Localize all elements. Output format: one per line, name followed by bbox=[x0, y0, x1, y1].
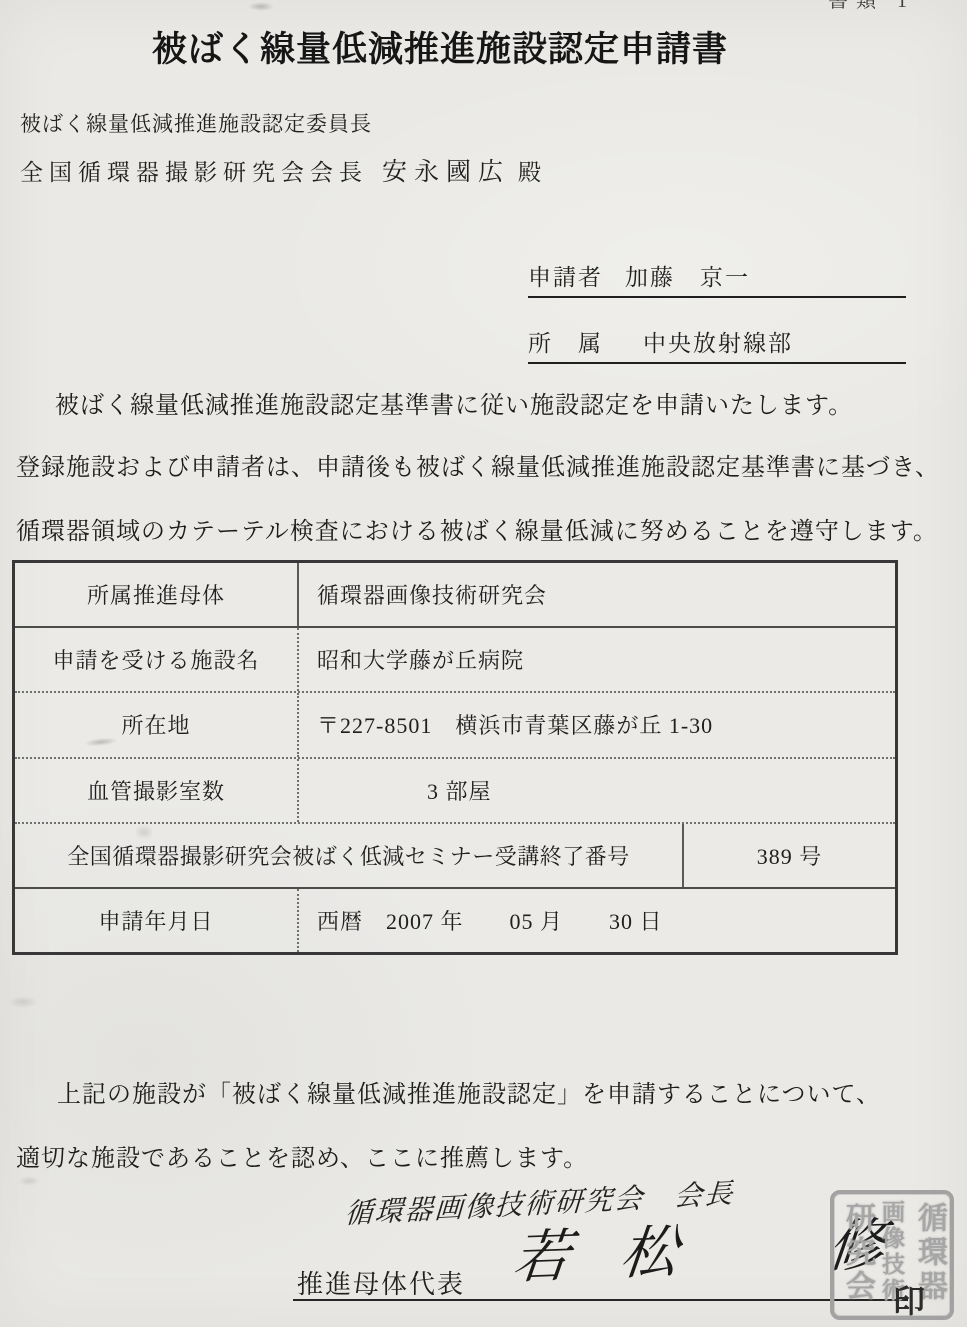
row-label: 所属推進母体 bbox=[15, 563, 299, 626]
scan-smudge bbox=[248, 2, 274, 11]
body-paragraph-1: 被ばく線量低減推進施設認定基準書に従い施設認定を申請いたします。 bbox=[55, 385, 853, 420]
table-row: 血管撮影室数 3 部屋 bbox=[15, 759, 895, 824]
table-row: 所在地 〒227-8501 横浜市青葉区藤が丘 1-30 bbox=[15, 693, 895, 758]
addressee-org-chair: 全国循環器撮影研究会会長 bbox=[20, 160, 368, 185]
organization-seal-stamp: 循環器 画像技術 研究会 bbox=[830, 1190, 954, 1320]
row-value: 昭和大学藤が丘病院 bbox=[299, 628, 895, 691]
affiliation-label: 所 属 bbox=[528, 325, 603, 358]
scanned-application-document: 書類 1 被ばく線量低減推進施設認定申請書 被ばく線量低減推進施設認定委員長 全… bbox=[0, 0, 967, 1327]
row-label: 所在地 bbox=[15, 693, 299, 756]
row-label: 申請年月日 bbox=[15, 889, 299, 952]
row-value: 3 部屋 bbox=[299, 759, 895, 822]
body-paragraph-3: 循環器領域のカテーテル検査における被ばく線量低減に努めることを遵守します。 bbox=[16, 511, 938, 546]
table-row: 申請を受ける施設名 昭和大学藤が丘病院 bbox=[15, 628, 895, 693]
recommendation-paragraph-2: 適切な施設であることを認め、ここに推薦します。 bbox=[16, 1138, 588, 1173]
applicant-name: 加藤 京一 bbox=[625, 259, 750, 292]
row-label: 血管撮影室数 bbox=[15, 759, 299, 822]
applicant-label: 申請者 bbox=[528, 259, 603, 292]
addressee-chair-name: 安永國広 bbox=[382, 159, 510, 186]
page-title: 被ばく線量低減推進施設認定申請書 bbox=[152, 22, 728, 72]
scan-smudge bbox=[18, 1176, 40, 1186]
addressee-committee-line: 被ばく線量低減推進施設認定委員長 bbox=[20, 108, 372, 138]
affiliation-value: 中央放射線部 bbox=[643, 325, 793, 358]
row-value: 循環器画像技術研究会 bbox=[299, 563, 895, 626]
row-label: 申請を受ける施設名 bbox=[15, 628, 299, 691]
scan-smudge bbox=[8, 996, 38, 1008]
seal-mark-character: 印 bbox=[893, 1276, 925, 1322]
row-value: 西暦 2007 年 05 月 30 日 bbox=[299, 889, 895, 952]
scan-smudge bbox=[134, 824, 154, 840]
table-row: 所属推進母体 循環器画像技術研究会 bbox=[15, 563, 895, 628]
addressee-honorific: 殿 bbox=[518, 160, 547, 185]
row-value: 389 号 bbox=[684, 824, 895, 887]
corner-document-label: 書類 1 bbox=[828, 0, 915, 13]
applicant-name-line: 申請者 加藤 京一 bbox=[528, 250, 906, 298]
representative-label: 推進母体代表 bbox=[297, 1264, 465, 1301]
row-value: 〒227-8501 横浜市青葉区藤が丘 1-30 bbox=[299, 693, 895, 756]
recommendation-paragraph-1: 上記の施設が「被ばく線量低減推進施設認定」を申請することについて、 bbox=[57, 1074, 881, 1109]
body-paragraph-2: 登録施設および申請者は、申請後も被ばく線量低減推進施設認定基準書に基づき、 bbox=[16, 447, 940, 482]
seal-column-left: 研究会 bbox=[842, 1202, 872, 1304]
application-table: 所属推進母体 循環器画像技術研究会 申請を受ける施設名 昭和大学藤が丘病院 所在… bbox=[12, 560, 898, 955]
addressee-chair-line: 全国循環器撮影研究会会長安永國広殿 bbox=[20, 152, 547, 188]
applicant-affiliation-line: 所 属 中央放射線部 bbox=[528, 316, 906, 364]
row-label: 全国循環器撮影研究会被ばく低減セミナー受講終了番号 bbox=[15, 824, 684, 887]
table-row: 申請年月日 西暦 2007 年 05 月 30 日 bbox=[15, 889, 895, 952]
